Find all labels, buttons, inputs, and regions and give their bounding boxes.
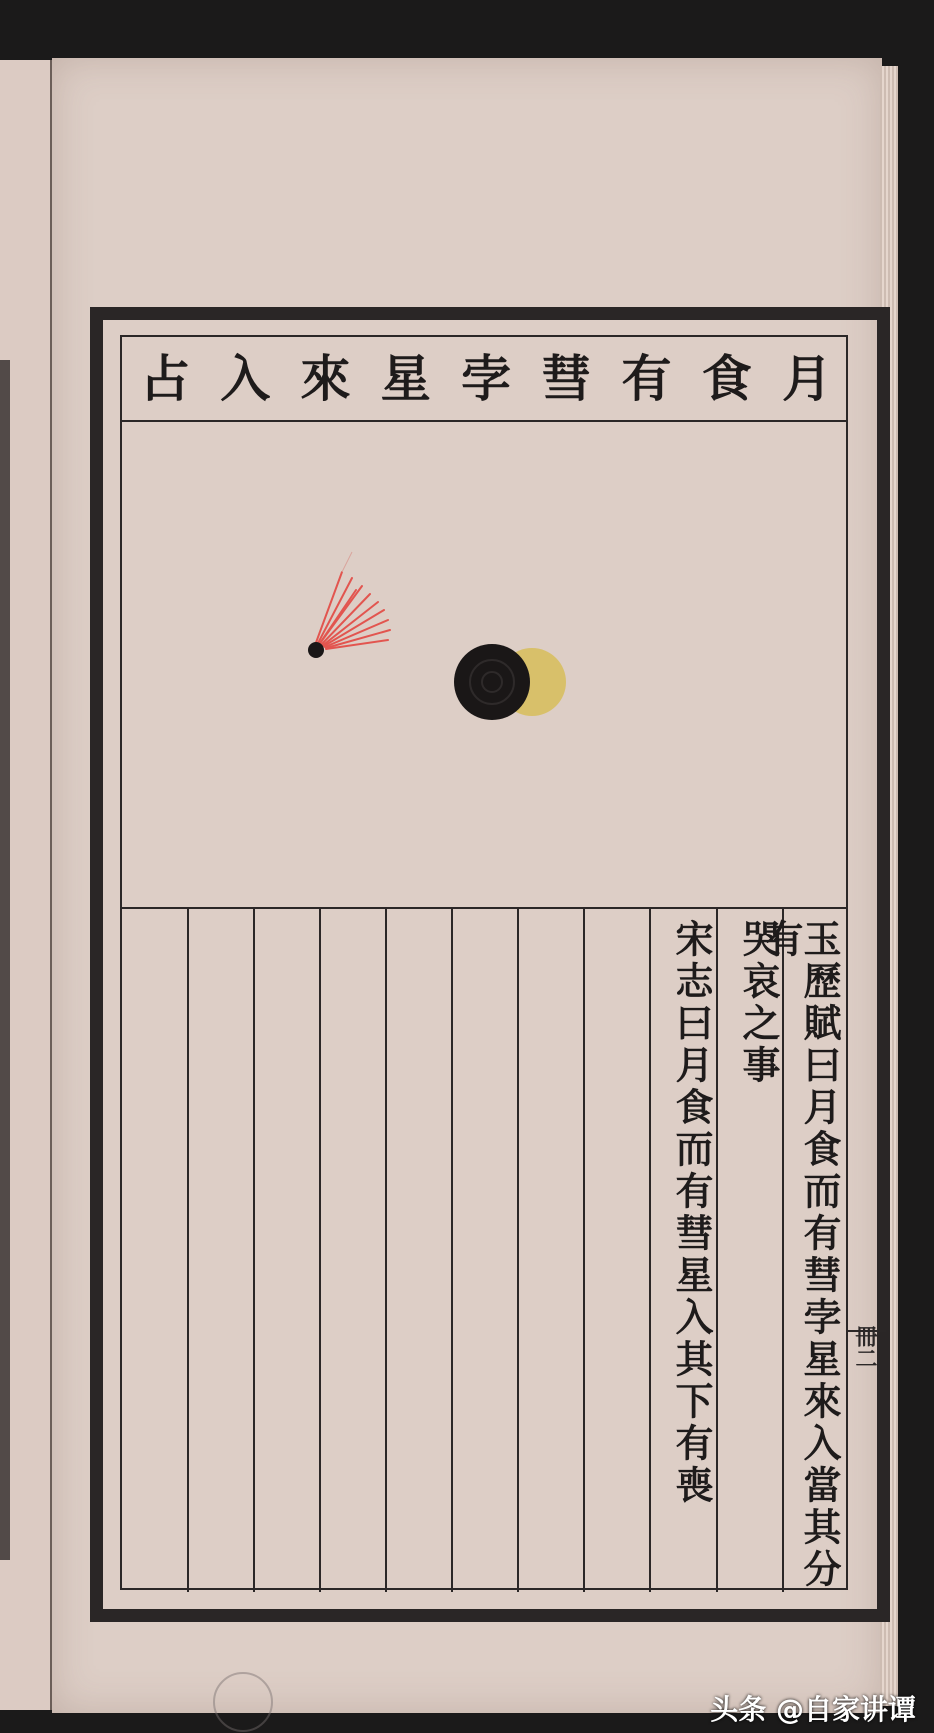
- left-page-edge: [0, 60, 52, 1710]
- title-char: 孛: [461, 354, 511, 404]
- title-char: 食: [702, 354, 752, 404]
- title-char: 來: [301, 354, 351, 404]
- column-divider: [253, 909, 255, 1592]
- title-char: 月: [782, 354, 832, 404]
- column-divider: [782, 909, 784, 1592]
- text-column-2: 哭哀之事: [727, 919, 777, 1087]
- title-char: 彗: [541, 354, 591, 404]
- title-char: 有: [622, 354, 672, 404]
- column-divider: [517, 909, 519, 1592]
- left-page-ink: [0, 360, 10, 1560]
- title-char: 星: [381, 354, 431, 404]
- watermark: 头条 @自家讲谭: [710, 1688, 916, 1728]
- fold-margin-label: 冊二: [850, 1325, 881, 1369]
- inner-frame: 月 食 有 彗 孛 星 來 入 占: [120, 335, 848, 1590]
- text-column-grid: 玉歷賦曰月食而有彗孛星來入當其分有 哭哀之事 宋志曰月食而有彗星入其下有喪: [122, 907, 846, 1592]
- text-column-1: 玉歷賦曰月食而有彗孛星來入當其分有: [788, 919, 838, 1592]
- column-divider: [319, 909, 321, 1592]
- page-title: 月 食 有 彗 孛 星 來 入 占: [122, 337, 846, 422]
- lunar-eclipse-icon: [440, 630, 580, 740]
- library-seal-icon: [213, 1672, 273, 1732]
- column-divider: [385, 909, 387, 1592]
- column-divider: [649, 909, 651, 1592]
- column-divider: [187, 909, 189, 1592]
- column-divider: [583, 909, 585, 1592]
- title-char: 占: [140, 354, 190, 404]
- column-divider: [451, 909, 453, 1592]
- title-char: 入: [220, 354, 270, 404]
- comet-icon: [300, 550, 400, 660]
- column-divider: [716, 909, 718, 1592]
- illustration-area: [122, 422, 846, 907]
- text-column-3: 宋志曰月食而有彗星入其下有喪: [660, 919, 710, 1507]
